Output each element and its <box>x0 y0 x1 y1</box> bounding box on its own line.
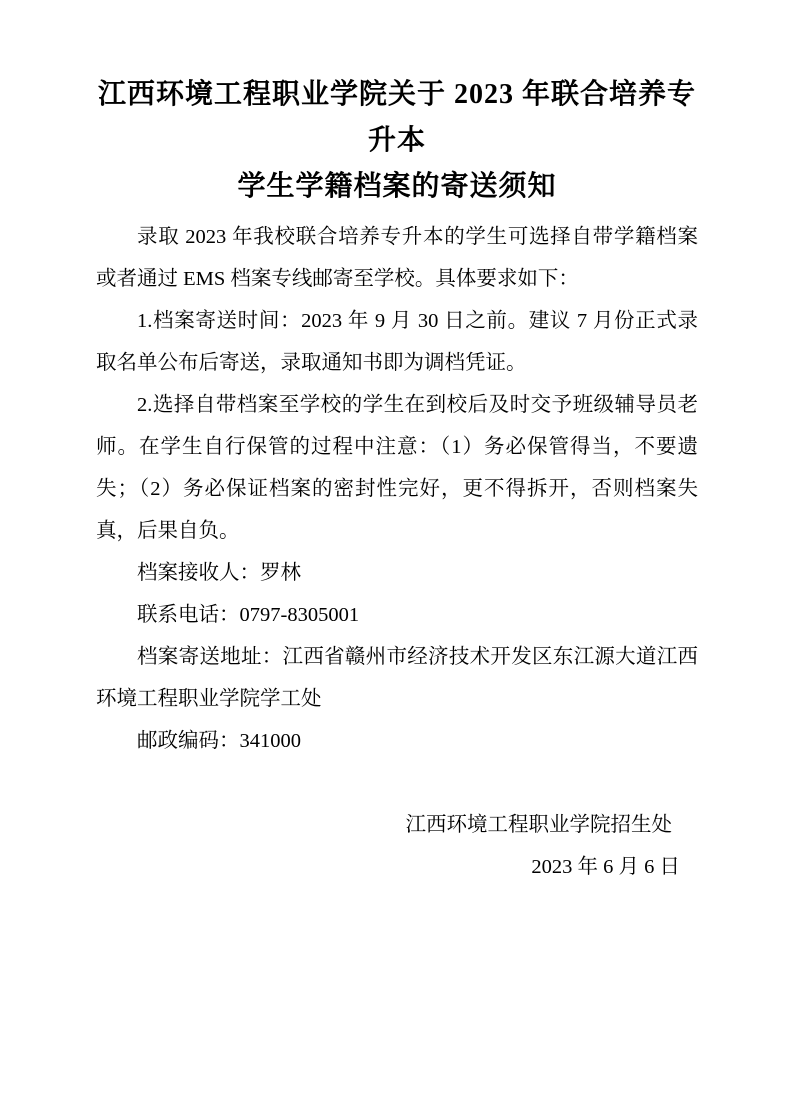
title-line-1: 江西环境工程职业学院关于 2023 年联合培养专升本 <box>96 72 698 164</box>
postal-label: 邮政编码： <box>137 730 240 752</box>
document-body: 录取 2023 年我校联合培养专升本的学生可选择自带学籍档案或者通过 EMS 档… <box>96 216 698 888</box>
recipient-label: 档案接收人： <box>137 562 260 584</box>
address-label: 档案寄送地址： <box>137 646 283 668</box>
postal-line: 邮政编码：341000 <box>96 720 698 762</box>
intro-paragraph: 录取 2023 年我校联合培养专升本的学生可选择自带学籍档案或者通过 EMS 档… <box>96 216 698 300</box>
recipient-line: 档案接收人：罗林 <box>96 552 698 594</box>
recipient-name: 罗林 <box>260 562 301 584</box>
title-line-2: 学生学籍档案的寄送须知 <box>96 164 698 210</box>
signature-block: 江西环境工程职业学院招生处 2023 年 6 月 6 日 <box>96 804 698 888</box>
phone-line: 联系电话：0797-8305001 <box>96 594 698 636</box>
item-1-paragraph: 1.档案寄送时间：2023 年 9 月 30 日之前。建议 7 月份正式录取名单… <box>96 300 698 384</box>
document-page: 江西环境工程职业学院关于 2023 年联合培养专升本 学生学籍档案的寄送须知 录… <box>0 0 794 1108</box>
phone-number: 0797-8305001 <box>240 604 360 626</box>
document-title: 江西环境工程职业学院关于 2023 年联合培养专升本 学生学籍档案的寄送须知 <box>96 72 698 210</box>
phone-label: 联系电话： <box>137 604 240 626</box>
signature-date: 2023 年 6 月 6 日 <box>96 846 698 888</box>
postal-code: 341000 <box>240 730 302 752</box>
signature-department: 江西环境工程职业学院招生处 <box>96 804 698 846</box>
item-2-paragraph: 2.选择自带档案至学校的学生在到校后及时交予班级辅导员老师。在学生自行保管的过程… <box>96 384 698 552</box>
address-line: 档案寄送地址：江西省赣州市经济技术开发区东江源大道江西环境工程职业学院学工处 <box>96 636 698 720</box>
